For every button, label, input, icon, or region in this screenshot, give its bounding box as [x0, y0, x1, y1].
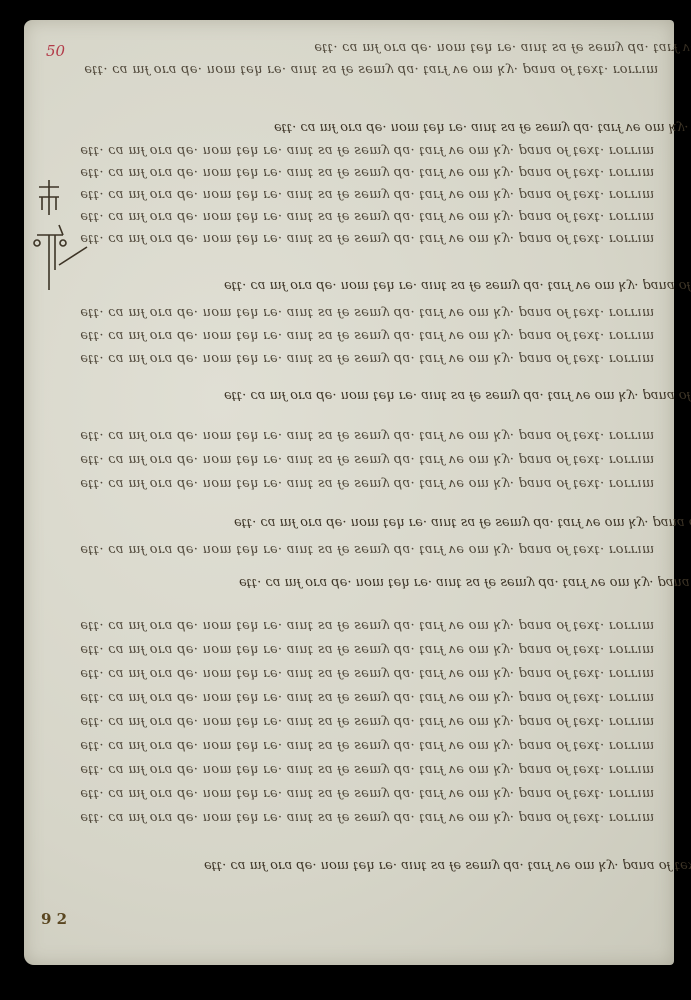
section-heading: ɯıɹɹoɹ ·ʇxǝʇ ɟo ɐuɐd ·ʎʞ ɯo ǝʌ ɟɹɐʇ ·ɐp … [274, 120, 691, 135]
text-line: ɯıɹɹoɹ ·ʇxǝʇ ɟo ɐuɐd ·ʎʞ ɯo ǝʌ ɟɹɐʇ ·ɐp … [80, 786, 654, 801]
text-line: ɯıɹɹoɹ ·ʇxǝʇ ɟo ɐuɐd ·ʎʞ ɯo ǝʌ ɟɹɐʇ ·ɐp … [80, 165, 654, 180]
text-line: ɯıɹɹoɹ ·ʇxǝʇ ɟo ɐuɐd ·ʎʞ ɯo ǝʌ ɟɹɐʇ ·ɐp … [80, 305, 654, 320]
text-line: ɯıɹɹoɹ ·ʇxǝʇ ɟo ɐuɐd ·ʎʞ ɯo ǝʌ ɟɹɐʇ ·ɐp … [80, 209, 654, 224]
manuscript-page: 50 9 2 ɯıɹɹoɹ ·ʇxǝʇ ɟo ɐuɐd ·ʎʞ ɯo ǝʌ ɟɹ… [24, 20, 674, 965]
text-line: ɯıɹɹoɹ ·ʇxǝʇ ɟo ɐuɐd ·ʎʞ ɯo ǝʌ ɟɹɐʇ ·ɐp … [84, 62, 658, 77]
text-line: ɯıɹɹoɹ ·ʇxǝʇ ɟo ɐuɐd ·ʎʞ ɯo ǝʌ ɟɹɐʇ ·ɐp … [80, 810, 654, 825]
section-heading: ɯıɹɹoɹ ·ʇxǝʇ ɟo ɐuɐd ·ʎʞ ɯo ǝʌ ɟɹɐʇ ·ɐp … [239, 575, 691, 590]
text-line: ɯıɹɹoɹ ·ʇxǝʇ ɟo ɐuɐd ·ʎʞ ɯo ǝʌ ɟɹɐʇ ·ɐp … [80, 762, 654, 777]
closing-line: ɯıɹɹoɹ ·ʇxǝʇ ɟo ɐuɐd ·ʎʞ ɯo ǝʌ ɟɹɐʇ ·ɐp … [204, 858, 691, 873]
text-line: ɯıɹɹoɹ ·ʇxǝʇ ɟo ɐuɐd ·ʎʞ ɯo ǝʌ ɟɹɐʇ ·ɐp … [80, 476, 654, 491]
text-line: ɯıɹɹoɹ ·ʇxǝʇ ɟo ɐuɐd ·ʎʞ ɯo ǝʌ ɟɹɐʇ ·ɐp … [80, 690, 654, 705]
section-heading: ɯıɹɹoɹ ·ʇxǝʇ ɟo ɐuɐd ·ʎʞ ɯo ǝʌ ɟɹɐʇ ·ɐp … [224, 278, 691, 293]
text-line: ɯıɹɹoɹ ·ʇxǝʇ ɟo ɐuɐd ·ʎʞ ɯo ǝʌ ɟɹɐʇ ·ɐp … [80, 618, 654, 633]
text-line: ɯıɹɹoɹ ·ʇxǝʇ ɟo ɐuɐd ·ʎʞ ɯo ǝʌ ɟɹɐʇ ·ɐp … [80, 231, 654, 246]
section-heading: ɯıɹɹoɹ ·ʇxǝʇ ɟo ɐuɐd ·ʎʞ ɯo ǝʌ ɟɹɐʇ ·ɐp … [224, 388, 691, 403]
section-heading: ɯıɹɹoɹ ·ʇxǝʇ ɟo ɐuɐd ·ʎʞ ɯo ǝʌ ɟɹɐʇ ·ɐp … [234, 515, 691, 530]
text-line: ɯıɹɹoɹ ·ʇxǝʇ ɟo ɐuɐd ·ʎʞ ɯo ǝʌ ɟɹɐʇ ·ɐp … [80, 714, 654, 729]
text-line: ɯıɹɹoɹ ·ʇxǝʇ ɟo ɐuɐd ·ʎʞ ɯo ǝʌ ɟɹɐʇ ·ɐp … [80, 351, 654, 366]
text-line: ɯıɹɹoɹ ·ʇxǝʇ ɟo ɐuɐd ·ʎʞ ɯo ǝʌ ɟɹɐʇ ·ɐp … [80, 542, 654, 557]
text-line: ɯıɹɹoɹ ·ʇxǝʇ ɟo ɐuɐd ·ʎʞ ɯo ǝʌ ɟɹɐʇ ·ɐp … [80, 328, 654, 343]
text-line: ɯıɹɹoɹ ·ʇxǝʇ ɟo ɐuɐd ·ʎʞ ɯo ǝʌ ɟɹɐʇ ·ɐp … [80, 666, 654, 681]
text-line: ɯıɹɹoɹ ·ʇxǝʇ ɟo ɐuɐd ·ʎʞ ɯo ǝʌ ɟɹɐʇ ·ɐp … [80, 187, 654, 202]
text-line: ɯıɹɹoɹ ·ʇxǝʇ ɟo ɐuɐd ·ʎʞ ɯo ǝʌ ɟɹɐʇ ·ɐp … [80, 452, 654, 467]
text-line: ɯıɹɹoɹ ·ʇxǝʇ ɟo ɐuɐd ·ʎʞ ɯo ǝʌ ɟɹɐʇ ·ɐp … [80, 738, 654, 753]
folio-number: 50 [46, 42, 65, 60]
text-line: ɯıɹɹoɹ ·ʇxǝʇ ɟo ɐuɐd ·ʎʞ ɯo ǝʌ ɟɹɐʇ ·ɐp … [80, 143, 654, 158]
text-line: ɯıɹɹoɹ ·ʇxǝʇ ɟo ɐuɐd ·ʎʞ ɯo ǝʌ ɟɹɐʇ ·ɐp … [80, 642, 654, 657]
text-line: ɯıɹɹoɹ ·ʇxǝʇ ɟo ɐuɐd ·ʎʞ ɯo ǝʌ ɟɹɐʇ ·ɐp … [80, 428, 654, 443]
signature-mark: 9 2 [41, 910, 67, 928]
text-line: ɯıɹɹoɹ ·ʇxǝʇ ɟo ɐuɐd ·ʎʞ ɯo ǝʌ ɟɹɐʇ ·ɐp … [314, 40, 691, 55]
